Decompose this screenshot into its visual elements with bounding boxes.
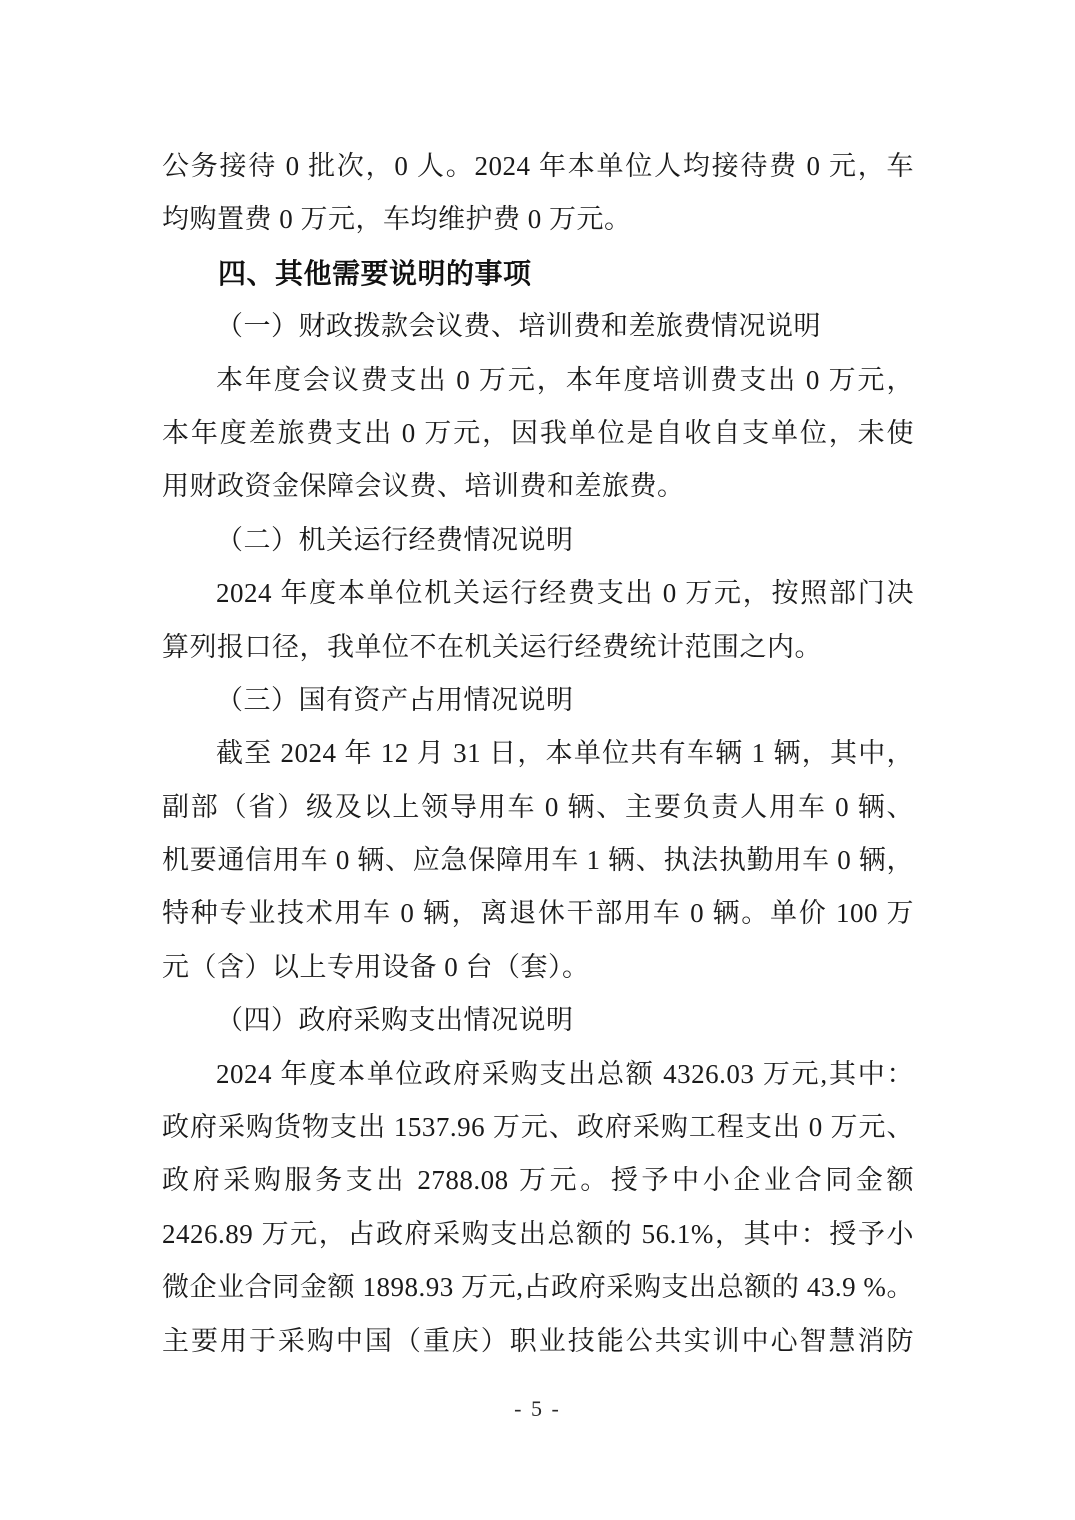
paragraph: 公务接待 0 批次，0 人。2024 年本单位人均接待费 0 元，车均购置费 0… xyxy=(162,140,914,247)
paragraph: 2024 年度本单位政府采购支出总额 4326.03 万元,其中：政府采购货物支… xyxy=(162,1048,914,1368)
text-line: （三）国有资产占用情况说明 xyxy=(162,674,914,727)
paragraph: 2024 年度本单位机关运行经费支出 0 万元，按照部门决算列报口径，我单位不在… xyxy=(162,567,914,674)
text-line: 特种专业技术用车 0 辆，离退休干部用车 0 辆。单价 100 万 xyxy=(162,887,914,940)
text-line: 四、其他需要说明的事项 xyxy=(162,247,914,300)
text-line: （二）机关运行经费情况说明 xyxy=(162,514,914,567)
text-line: 政府采购货物支出 1537.96 万元、政府采购工程支出 0 万元、 xyxy=(162,1101,914,1154)
text-line: （一）财政拨款会议费、培训费和差旅费情况说明 xyxy=(162,300,914,353)
text-line: 微企业合同金额 1898.93 万元,占政府采购支出总额的 43.9 %。 xyxy=(162,1261,914,1314)
text-line: 截至 2024 年 12 月 31 日，本单位共有车辆 1 辆，其中， xyxy=(162,727,914,780)
section-heading: 四、其他需要说明的事项 xyxy=(162,247,914,300)
page-footer: - 5 - xyxy=(0,1396,1075,1422)
document-body: 公务接待 0 批次，0 人。2024 年本单位人均接待费 0 元，车均购置费 0… xyxy=(162,140,914,1368)
text-line: 均购置费 0 万元，车均维护费 0 万元。 xyxy=(162,193,914,246)
text-line: 算列报口径，我单位不在机关运行经费统计范围之内。 xyxy=(162,621,914,674)
text-line: 2426.89 万元，占政府采购支出总额的 56.1%，其中：授予小 xyxy=(162,1208,914,1261)
text-line: 用财政资金保障会议费、培训费和差旅费。 xyxy=(162,460,914,513)
text-line: 本年度会议费支出 0 万元，本年度培训费支出 0 万元， xyxy=(162,354,914,407)
text-line: 元（含）以上专用设备 0 台（套）。 xyxy=(162,941,914,994)
subsection-heading: （一）财政拨款会议费、培训费和差旅费情况说明 xyxy=(162,300,914,353)
text-line: 主要用于采购中国（重庆）职业技能公共实训中心智慧消防 xyxy=(162,1315,914,1368)
text-line: 2024 年度本单位机关运行经费支出 0 万元，按照部门决 xyxy=(162,567,914,620)
paragraph: 截至 2024 年 12 月 31 日，本单位共有车辆 1 辆，其中，副部（省）… xyxy=(162,727,914,994)
text-line: 政府采购服务支出 2788.08 万元。授予中小企业合同金额 xyxy=(162,1154,914,1207)
page-number: - 5 - xyxy=(514,1396,561,1421)
text-line: 机要通信用车 0 辆、应急保障用车 1 辆、执法执勤用车 0 辆， xyxy=(162,834,914,887)
text-line: 副部（省）级及以上领导用车 0 辆、主要负责人用车 0 辆、 xyxy=(162,781,914,834)
paragraph: 本年度会议费支出 0 万元，本年度培训费支出 0 万元，本年度差旅费支出 0 万… xyxy=(162,354,914,514)
subsection-heading: （三）国有资产占用情况说明 xyxy=(162,674,914,727)
text-line: 本年度差旅费支出 0 万元，因我单位是自收自支单位，未使 xyxy=(162,407,914,460)
text-line: 公务接待 0 批次，0 人。2024 年本单位人均接待费 0 元，车 xyxy=(162,140,914,193)
text-line: 2024 年度本单位政府采购支出总额 4326.03 万元,其中： xyxy=(162,1048,914,1101)
subsection-heading: （四）政府采购支出情况说明 xyxy=(162,994,914,1047)
document-page: 公务接待 0 批次，0 人。2024 年本单位人均接待费 0 元，车均购置费 0… xyxy=(0,0,1075,1520)
subsection-heading: （二）机关运行经费情况说明 xyxy=(162,514,914,567)
text-line: （四）政府采购支出情况说明 xyxy=(162,994,914,1047)
